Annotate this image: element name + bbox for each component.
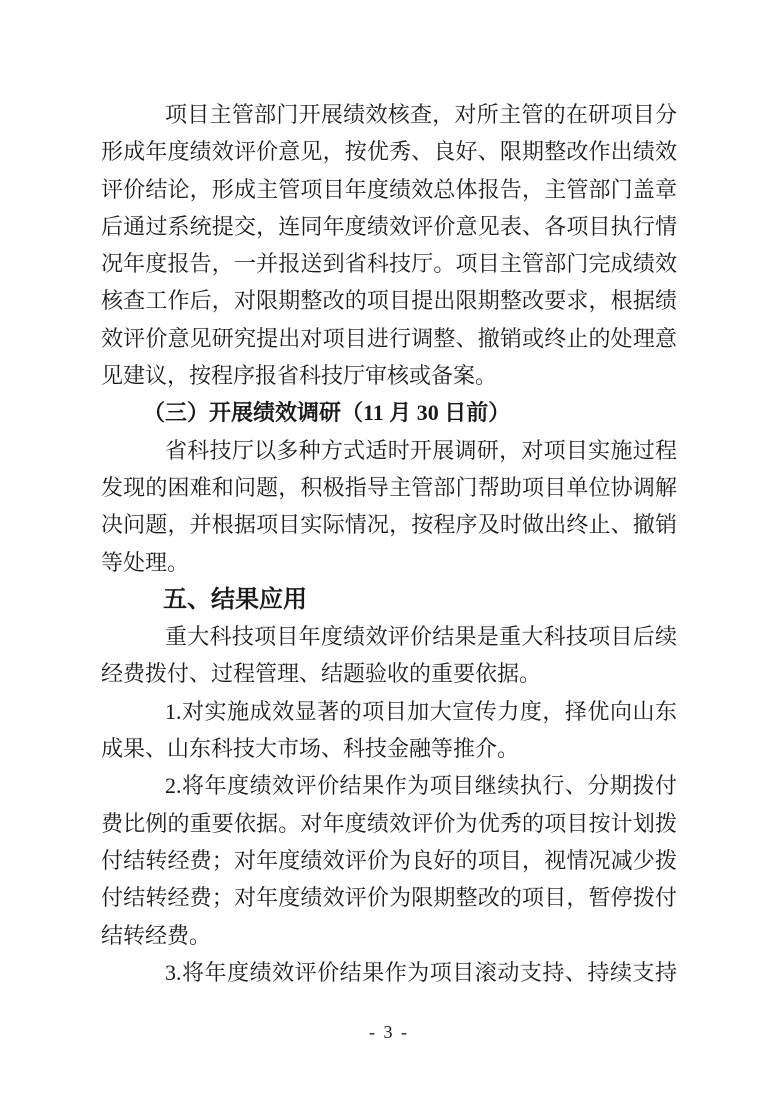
text-line: 3.将年度绩效评价结果作为项目滚动支持、持续支持的 <box>101 954 677 991</box>
text-line: 见建议，按程序报省科技厅审核或备案。 <box>101 357 677 394</box>
text-line: 费比例的重要依据。对年度绩效评价为优秀的项目按计划拨 <box>101 805 677 842</box>
text-line: 效评价意见研究提出对项目进行调整、撤销或终止的处理意 <box>101 320 677 357</box>
text-line: 付结转经费；对年度绩效评价为限期整改的项目，暂停拨付 <box>101 879 677 916</box>
text-line: 结转经费。 <box>101 917 677 954</box>
text-line: 付结转经费；对年度绩效评价为良好的项目，视情况减少拨 <box>101 842 677 879</box>
text-line: 2.将年度绩效评价结果作为项目继续执行、分期拨付经 <box>101 767 677 804</box>
text-line: 发现的困难和问题，积极指导主管部门帮助项目单位协调解 <box>101 469 677 506</box>
text-line: 后通过系统提交，连同年度绩效评价意见表、各项目执行情 <box>101 208 677 245</box>
text-line: 经费拨付、过程管理、结题验收的重要依据。 <box>101 655 677 692</box>
text-line: 等处理。 <box>101 544 677 581</box>
text-line: 形成年度绩效评价意见，按优秀、良好、限期整改作出绩效 <box>101 133 677 170</box>
document-body: 项目主管部门开展绩效核查，对所主管的在研项目分别形成年度绩效评价意见，按优秀、良… <box>101 96 677 991</box>
text-line: 重大科技项目年度绩效评价结果是重大科技项目后续 <box>101 618 677 655</box>
section-heading: （三）开展绩效调研（11 月 30 日前） <box>101 394 677 431</box>
text-line: 1.对实施成效显著的项目加大宣传力度，择优向山东好 <box>101 693 677 730</box>
text-line: 核查工作后，对限期整改的项目提出限期整改要求，根据绩 <box>101 282 677 319</box>
text-line: 成果、山东科技大市场、科技金融等推介。 <box>101 730 677 767</box>
text-line: 评价结论，形成主管项目年度绩效总体报告，主管部门盖章 <box>101 171 677 208</box>
text-line: 况年度报告，一并报送到省科技厅。项目主管部门完成绩效 <box>101 245 677 282</box>
text-line: 决问题，并根据项目实际情况，按程序及时做出终止、撤销 <box>101 506 677 543</box>
text-line: 省科技厅以多种方式适时开展调研，对项目实施过程中 <box>101 432 677 469</box>
text-line: 项目主管部门开展绩效核查，对所主管的在研项目分别 <box>101 96 677 133</box>
page-number: - 3 - <box>0 1020 778 1044</box>
section-heading: 五、结果应用 <box>101 581 677 618</box>
document-page: 项目主管部门开展绩效核查，对所主管的在研项目分别形成年度绩效评价意见，按优秀、良… <box>0 0 778 1105</box>
